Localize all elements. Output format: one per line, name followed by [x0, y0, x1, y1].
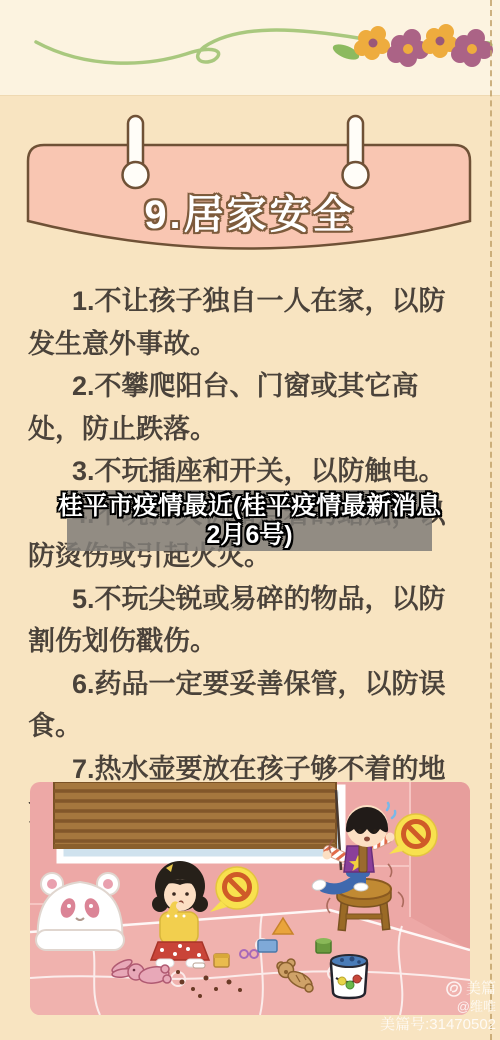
- safety-item-1: 1.不让孩子独自一人在家，以防发生意外事故。: [28, 280, 472, 365]
- section-title: 9.居家安全: [0, 183, 500, 240]
- vine-icon: [36, 30, 358, 63]
- safety-list: 1.不让孩子独自一人在家，以防发生意外事故。 2.不攀爬阳台、门窗或其它高处，防…: [28, 280, 472, 833]
- safety-item-5: 5.不玩尖锐或易碎的物品，以防割伤划伤戳伤。: [28, 578, 472, 663]
- headline-line2: 2月6号): [206, 521, 292, 550]
- watermark-author: @维唯: [380, 998, 496, 1015]
- watermark-brand: 美篇: [466, 979, 496, 998]
- floral-divider: [28, 12, 494, 78]
- headline-line1: 桂平市疫情最近(桂平疫情最新消息: [58, 492, 441, 521]
- window-blind: [54, 782, 336, 849]
- flower-cluster-icon: [331, 24, 494, 67]
- safety-item-3: 3.不玩插座和开关，以防触电。: [28, 450, 472, 493]
- panda-plush: [36, 873, 124, 950]
- toy-bucket: [331, 955, 367, 998]
- safety-item-6: 6.药品一定要妥善保管，以防误食。: [28, 663, 472, 748]
- watermark: 美篇 @维唯 美篇号:31470502: [380, 979, 496, 1034]
- watermark-id: 美篇号:31470502: [380, 1015, 496, 1034]
- dashed-border: [490, 0, 492, 1040]
- headline-overlay: 桂平市疫情最近(桂平疫情最新消息 2月6号): [67, 490, 432, 551]
- page: 9.居家安全 1.不让孩子独自一人在家，以防发生意外事故。 2.不攀爬阳台、门窗…: [0, 0, 500, 1040]
- safety-item-2: 2.不攀爬阳台、门窗或其它高处，防止跌落。: [28, 365, 472, 450]
- meipian-logo-icon: [446, 981, 462, 997]
